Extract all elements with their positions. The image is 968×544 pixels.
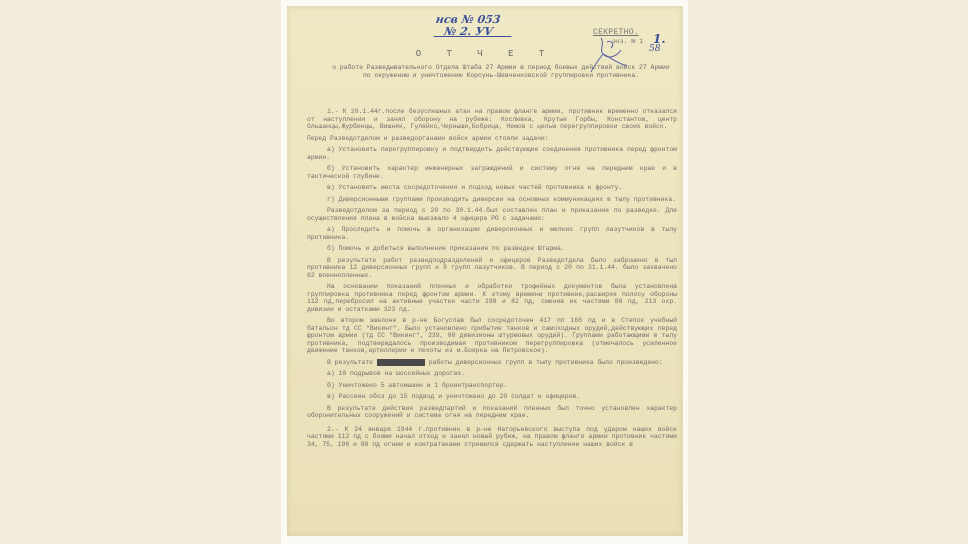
archive-mark: нсв № 053 № 2. УV [433,14,501,38]
paragraph: Перед Разведотделом и разведорганами вой… [307,135,677,143]
redacted-word: диверсионных [377,359,425,366]
paragraph: б) Уничтожено 5 автомашин и 1 бронетранс… [307,382,677,390]
paragraph: В результате действия разведпартий и пок… [307,405,677,420]
paragraph: в) Установить места сосредоточения и под… [307,184,677,192]
paragraph: В результате диверсионных работы диверси… [307,359,677,367]
paragraph: 2.- К 24 января 1944 г.противник в р-не … [307,426,677,449]
paragraph: г) Диверсионными группами производить ди… [307,196,677,204]
paragraph: а) Установить перегруппировку и подтверд… [307,146,677,161]
document-subtitle: о работе Разведывательного Отдела Штаба … [327,64,675,79]
document-page: нсв № 053 № 2. УV СЕКРЕТНО. экз. № 1 1. … [287,6,683,536]
document-body: 1.- К 20.1.44г.после безуспешных атак на… [307,108,677,452]
paragraph: 1.- К 20.1.44г.после безуспешных атак на… [307,108,677,131]
paragraph: в) Рассеян обоз до 15 подвод и уничтожен… [307,393,677,401]
document-title: О Т Ч Е Т [287,49,683,59]
paragraph: б) Помочь и добиться выполнения приказан… [307,245,677,253]
paragraph: Во втором эшелоне в р-не Богуслав был со… [307,317,677,355]
paragraph: На основании показаний пленных и обработ… [307,283,677,313]
paragraph: Разведотделом за период с 20 по 30.1.44.… [307,207,677,222]
paragraph: б) Установить характер инженерных заграж… [307,165,677,180]
paragraph: а) 10 подрывов на шоссейных дорогах. [307,370,677,378]
paragraph: а) Проследить и помочь в организации див… [307,226,677,241]
archive-mark-underline [433,36,511,37]
paragraph: В результате работ разведподразделений и… [307,257,677,280]
